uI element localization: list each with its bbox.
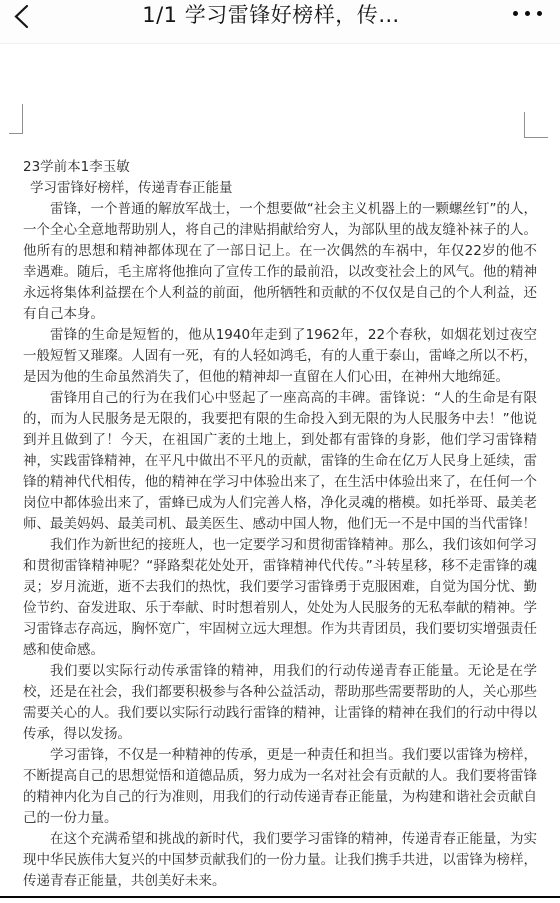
page-title: 1/1 学习雷锋好榜样，传… [35,2,507,29]
app-header: 1/1 学习雷锋好榜样，传… [0,0,560,44]
document-viewer-screen: 1/1 学习雷锋好榜样，传… 23学前本1李玉敏 学习雷锋好榜样，传递青春正能量… [0,0,560,903]
bottom-edge-line [0,896,560,898]
essay-paragraph: 雷锋，一个普通的解放军战士，一个想要做“社会主义机器上的一颗螺丝钉”的人，一个全… [23,199,537,325]
more-options-icon [537,11,542,16]
essay-paragraph: 雷锋的生命是短暂的，他从1940年走到了1962年，22个春秋，如烟花划过夜空一… [23,325,537,388]
back-button[interactable] [8,2,35,29]
essay-paragraph: 雷锋用自己的行为在我们心中竖起了一座高高的丰碑。雷锋说：“人的生命是有限的，而为… [23,388,537,535]
essay-paragraph: 在这个充满希望和挑战的新时代，我们要学习雷锋的精神，传递青春正能量，为实现中华民… [23,829,537,892]
essay-title: 学习雷锋好榜样，传递青春正能量 [23,178,537,199]
essay-paragraph: 我们要以实际行动传承雷锋的精神，用我们的行动传递青春正能量。无论是在学校，还是在… [23,661,537,745]
author-line: 23学前本1李玉敏 [23,157,537,178]
page-margin-mark-right [524,112,548,138]
more-options-icon [513,11,518,16]
essay-paragraph: 学习雷锋，不仅是一种精神的传承，更是一种责任和担当。我们要以雷锋为榜样，不断提高… [23,745,537,829]
document-body: 23学前本1李玉敏 学习雷锋好榜样，传递青春正能量 雷锋，一个普通的解放军战士，… [23,157,537,892]
more-options-icon [525,11,530,16]
more-options-button[interactable] [513,11,542,16]
document-page: 23学前本1李玉敏 学习雷锋好榜样，传递青春正能量 雷锋，一个普通的解放军战士，… [0,45,560,903]
essay-paragraph: 我们作为新世纪的接班人，也一定要学习和贯彻雷锋精神。那么，我们该如何学习和贯彻雷… [23,535,537,661]
page-margin-mark-left [9,104,23,134]
back-chevron-icon [12,4,31,29]
